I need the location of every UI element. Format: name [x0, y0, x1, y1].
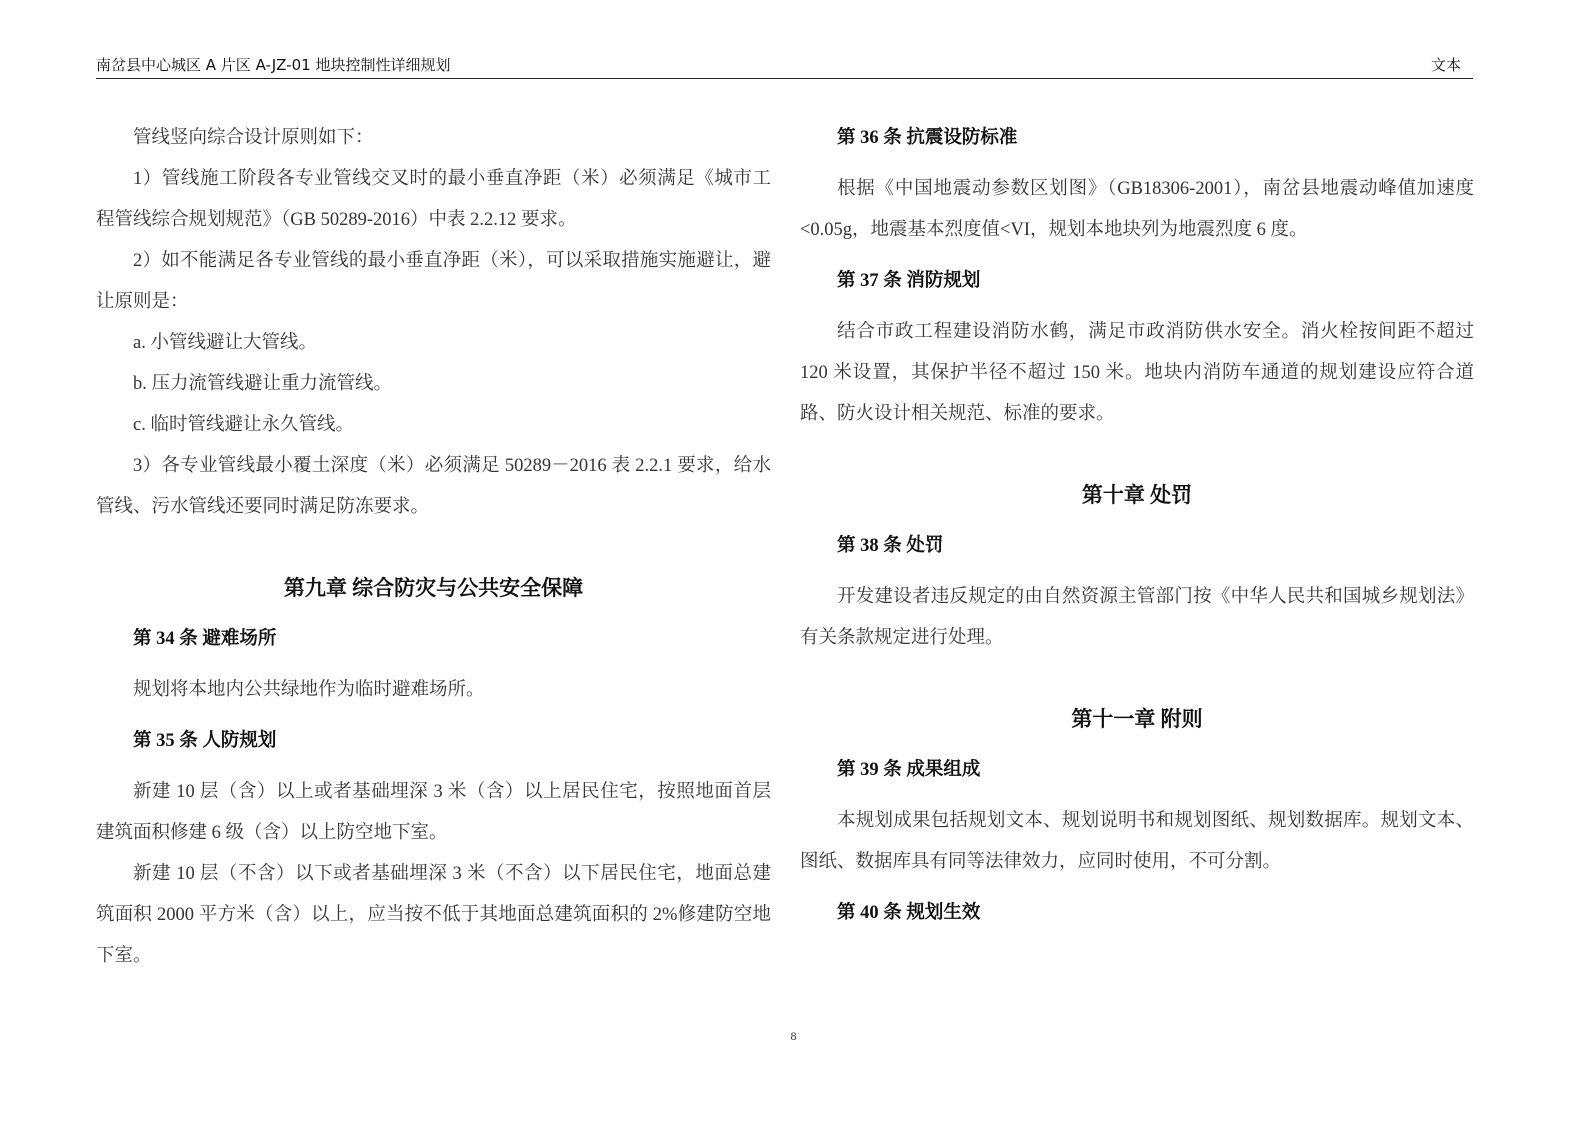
page-header: 南岔县中心城区 A 片区 A-JZ-01 地块控制性详细规划 文本: [96, 56, 1473, 79]
list-item-a: a. 小管线避让大管线。: [96, 323, 771, 364]
article-36-body: 根据《中国地震动参数区划图》（GB18306-2001），南岔县地震动峰值加速度…: [800, 169, 1474, 251]
paragraph-rule-1: 1）管线施工阶段各专业管线交叉时的最小垂直净距（米）必须满足《城市工程管线综合规…: [96, 159, 771, 241]
article-38-body: 开发建设者违反规定的由自然资源主管部门按《中华人民共和国城乡规划法》有关条款规定…: [800, 577, 1474, 659]
article-35-paragraph-2: 新建 10 层（不含）以下或者基础埋深 3 米（不含）以下居民住宅，地面总建筑面…: [96, 854, 771, 977]
article-34-body: 规划将本地内公共绿地作为临时避难场所。: [96, 670, 771, 711]
article-heading-38: 第 38 条 处罚: [800, 526, 1474, 567]
list-item-c: c. 临时管线避让永久管线。: [96, 405, 771, 446]
paragraph-rule-3: 3）各专业管线最小覆土深度（米）必须满足 50289－2016 表 2.2.1 …: [96, 446, 771, 528]
paragraph-pipeline-principles-intro: 管线竖向综合设计原则如下：: [96, 118, 771, 159]
chapter-heading-9: 第九章 综合防灾与公共安全保障: [96, 568, 771, 609]
article-heading-37: 第 37 条 消防规划: [800, 261, 1474, 302]
article-39-body: 本规划成果包括规划文本、规划说明书和规划图纸、规划数据库。规划文本、图纸、数据库…: [800, 801, 1474, 883]
list-item-b: b. 压力流管线避让重力流管线。: [96, 364, 771, 405]
article-heading-35: 第 35 条 人防规划: [96, 721, 771, 762]
article-heading-34: 第 34 条 避难场所: [96, 619, 771, 660]
article-heading-40: 第 40 条 规划生效: [800, 893, 1474, 934]
document-type-label: 文本: [1431, 54, 1473, 75]
article-heading-36: 第 36 条 抗震设防标准: [800, 118, 1474, 159]
document-title: 南岔县中心城区 A 片区 A-JZ-01 地块控制性详细规划: [96, 54, 450, 75]
left-column: 管线竖向综合设计原则如下： 1）管线施工阶段各专业管线交叉时的最小垂直净距（米）…: [96, 118, 771, 977]
article-35-paragraph-1: 新建 10 层（含）以上或者基础埋深 3 米（含）以上居民住宅，按照地面首层建筑…: [96, 772, 771, 854]
page-number: 8: [0, 1029, 1587, 1044]
article-heading-39: 第 39 条 成果组成: [800, 750, 1474, 791]
right-column: 第 36 条 抗震设防标准 根据《中国地震动参数区划图》（GB18306-200…: [800, 118, 1474, 934]
article-37-body: 结合市政工程建设消防水鹤，满足市政消防供水安全。消火栓按间距不超过 120 米设…: [800, 312, 1474, 435]
chapter-heading-10: 第十章 处罚: [800, 475, 1474, 516]
chapter-heading-11: 第十一章 附则: [800, 699, 1474, 740]
paragraph-rule-2: 2）如不能满足各专业管线的最小垂直净距（米），可以采取措施实施避让，避让原则是：: [96, 241, 771, 323]
